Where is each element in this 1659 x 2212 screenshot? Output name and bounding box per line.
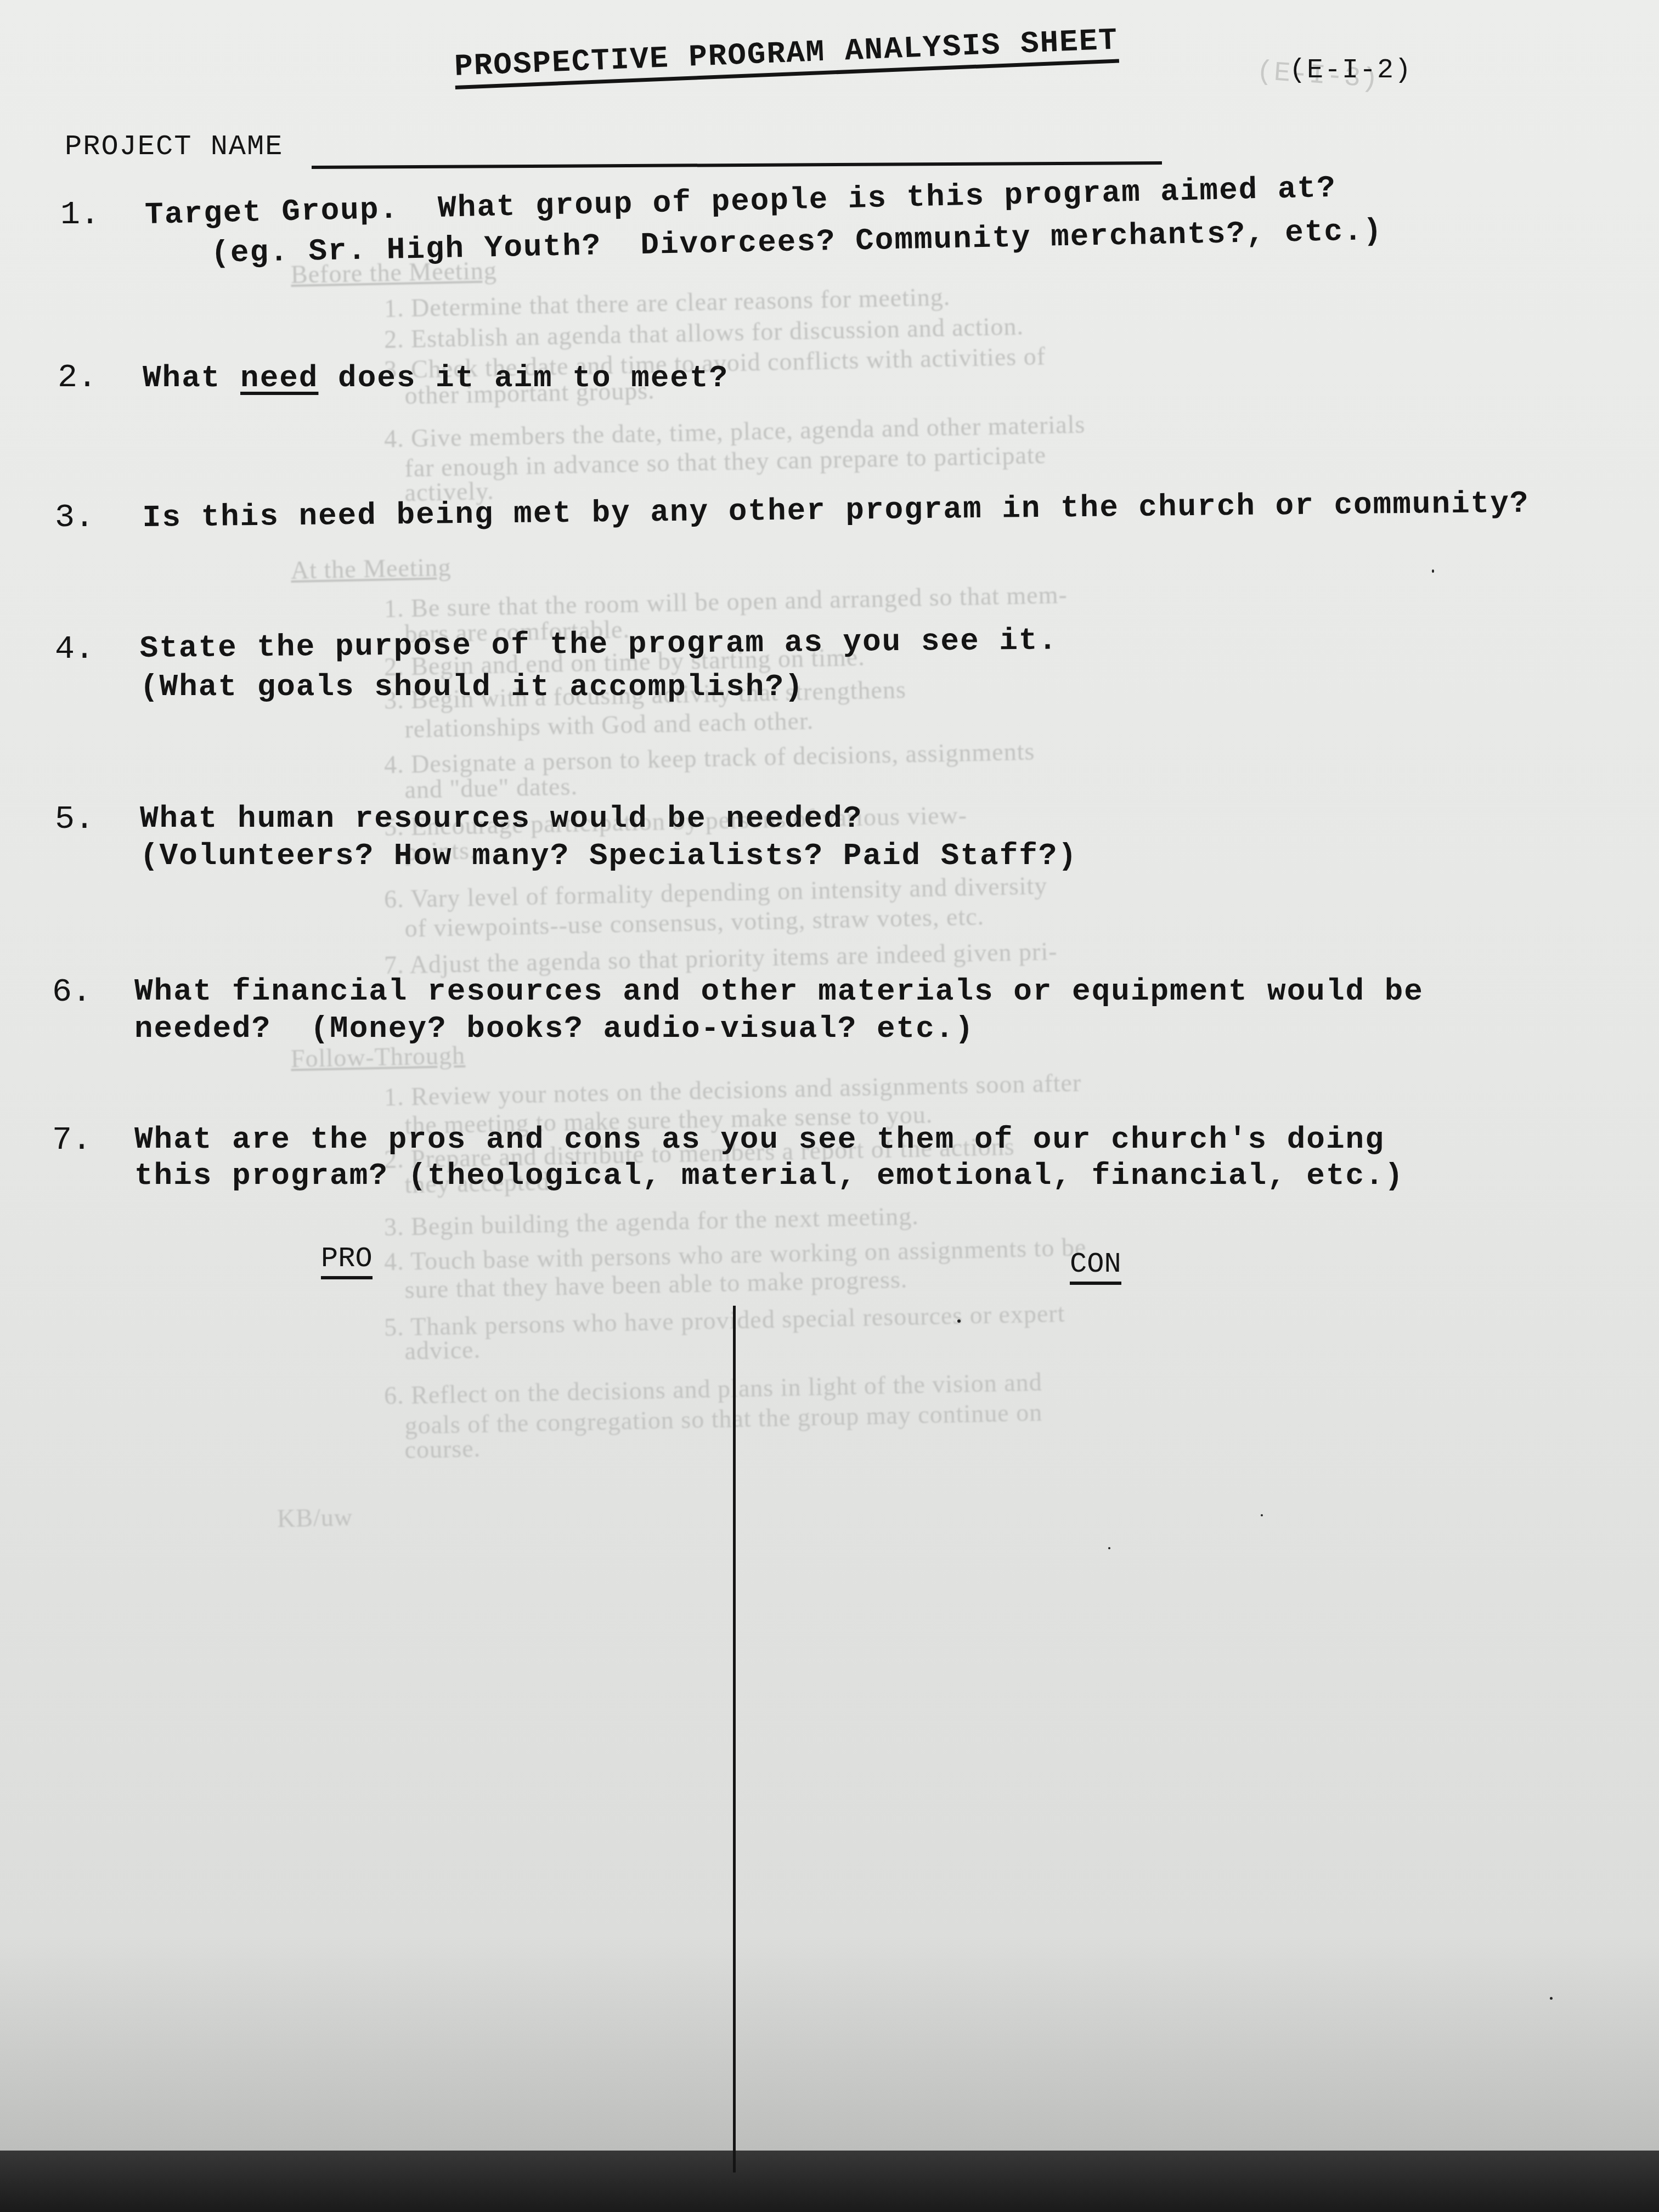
- paper-speck: [1261, 1514, 1263, 1516]
- question-text: What are the pros and cons as you see th…: [134, 1122, 1385, 1157]
- emphasized-word: need: [240, 360, 318, 396]
- con-answer-area[interactable]: [738, 1306, 1616, 2151]
- question-number: 7.: [52, 1122, 92, 1159]
- pro-answer-area[interactable]: [55, 1306, 730, 2151]
- question-number: 2.: [58, 359, 97, 397]
- question-number: 3.: [55, 499, 94, 537]
- question-subtext: needed? (Money? books? audio-visual? etc…: [134, 1011, 974, 1046]
- pro-con-divider: [733, 1306, 736, 2172]
- question-number: 6.: [52, 974, 92, 1011]
- text-part: What: [143, 360, 240, 396]
- paper-speck: [1432, 569, 1434, 573]
- paper-speck: [957, 1319, 961, 1323]
- question-number: 1.: [60, 196, 100, 234]
- con-column-header: CON: [1070, 1248, 1121, 1285]
- text-part: does it aim to meet?: [318, 360, 729, 396]
- bleed-through-line: and "due" dates.: [383, 771, 578, 804]
- question-number: 4.: [55, 631, 94, 668]
- bleed-through-heading: At the Meeting: [290, 552, 452, 585]
- project-name-label: PROJECT NAME: [65, 131, 283, 163]
- question-subtext: (Volunteers? How many? Specialists? Paid…: [140, 838, 1077, 873]
- question-text: What financial resources and other mater…: [134, 974, 1424, 1009]
- paper-speck: [1108, 1547, 1110, 1549]
- question-number: 5.: [55, 801, 94, 838]
- question-text: What human resources would be needed?: [140, 801, 862, 836]
- question-subtext: this program? (theological, material, em…: [134, 1158, 1404, 1193]
- question-subtext: (What goals should it accomplish?): [140, 669, 804, 704]
- question-text: What need does it aim to meet?: [143, 360, 729, 396]
- pro-column-header: PRO: [321, 1243, 373, 1279]
- paper-speck: [1550, 1997, 1553, 2000]
- form-code: (E-I-2): [1289, 55, 1412, 86]
